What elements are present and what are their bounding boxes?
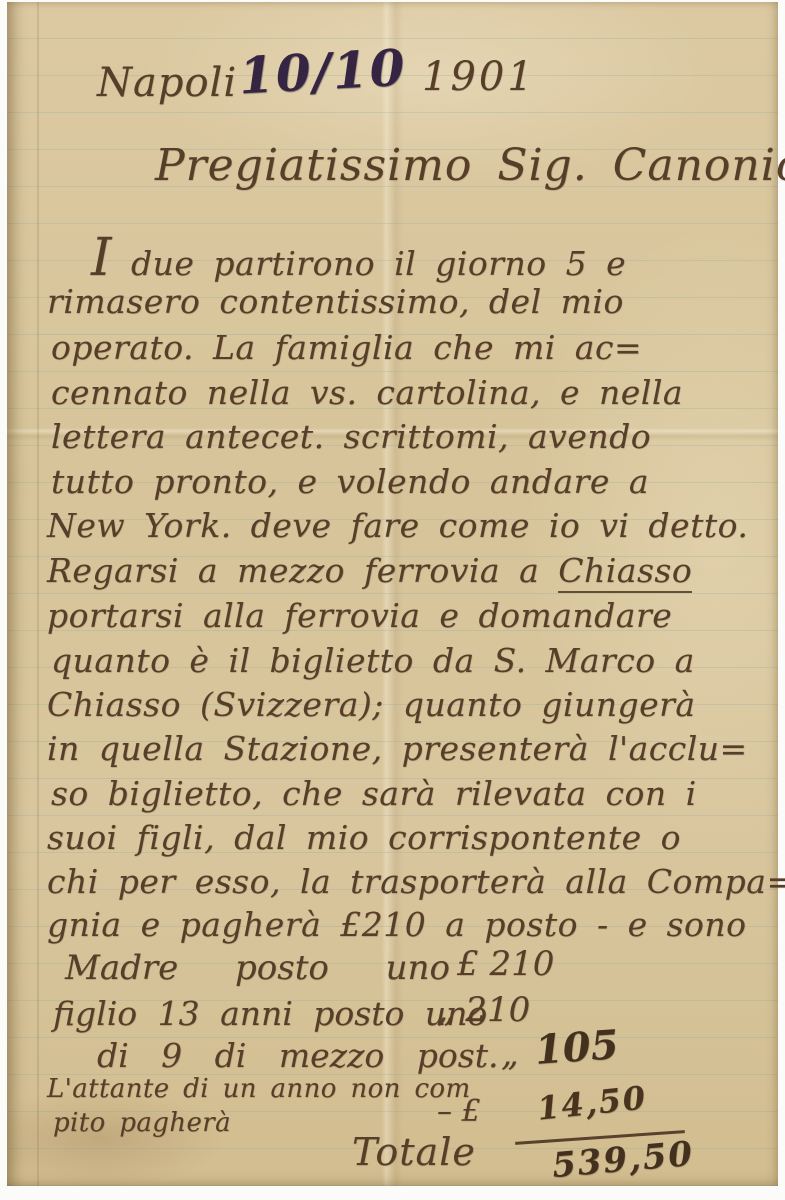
letter-paper: Napoli 10/10 1901 Pregiatissimo Sig. Can… bbox=[7, 2, 778, 1186]
body-line: tutto pronto, e volendo andare a bbox=[51, 462, 649, 501]
body-line: operato. La famiglia che mi ac= bbox=[51, 328, 642, 367]
body-line: gnia e pagherà £210 a posto - e sono bbox=[47, 905, 747, 944]
body-line-chiasso: Regarsi a mezzo ferrovia a Chiasso bbox=[47, 551, 692, 590]
body-line: lettera antecet. scrittomi, avendo bbox=[51, 417, 651, 456]
account-row-lattante-currency: – £ bbox=[437, 1094, 481, 1129]
dateline-date-overwritten: 10/10 bbox=[238, 38, 408, 106]
account-row-figlio9-label: di 9 di mezzo post. bbox=[97, 1036, 498, 1075]
body-line-chiasso-underlined: Chiasso bbox=[558, 551, 692, 593]
paper-fold-edge bbox=[37, 2, 39, 1186]
body-line: rimasero contentissimo, del mio bbox=[47, 282, 624, 321]
dateline-year: 1901 bbox=[422, 54, 536, 100]
account-row-figlio13-label: figlio 13 anni posto uno bbox=[53, 994, 487, 1033]
scanned-letter-page: Napoli 10/10 1901 Pregiatissimo Sig. Can… bbox=[0, 0, 785, 1200]
body-line: quanto è il biglietto da S. Marco a bbox=[51, 641, 695, 680]
account-row-madre-amount: £ 210 bbox=[457, 944, 554, 984]
total-amount: 539,50 bbox=[551, 1134, 696, 1186]
dateline-place: Napoli bbox=[97, 60, 237, 106]
body-line: in quella Stazione, presenterà l'acclu= bbox=[47, 729, 748, 768]
body-line-chiasso-pre: Regarsi a mezzo ferrovia a bbox=[47, 551, 558, 590]
account-row-lattante-line1: L'attante di un anno non com bbox=[47, 1074, 471, 1104]
account-row-figlio9-amount: 105 bbox=[533, 1021, 620, 1074]
body-line: suoi figli, dal mio corrispontente o bbox=[47, 818, 681, 857]
body-line: I due partirono il giorno 5 e bbox=[91, 228, 626, 288]
body-line: chi per esso, la trasporterà alla Compa= bbox=[47, 862, 785, 901]
body-line: portarsi alla ferrovia e domandare bbox=[47, 596, 672, 635]
body-line: New York. deve fare come io vi detto. bbox=[47, 506, 748, 545]
salutation: Pregiatissimo Sig. Canonico bbox=[155, 140, 785, 191]
body-line: so biglietto, che sarà rilevata con i bbox=[51, 774, 697, 813]
account-row-figlio9-ditto: „ bbox=[501, 1034, 519, 1074]
body-line: Chiasso (Svizzera); quanto giungerà bbox=[47, 685, 696, 724]
account-row-lattante-line2: pito pagherà bbox=[53, 1108, 231, 1138]
total-label: Totale bbox=[352, 1130, 476, 1174]
account-row-lattante-amount: 14,50 bbox=[535, 1078, 649, 1127]
account-row-figlio13-amount: „ 210 bbox=[437, 990, 530, 1030]
account-row-madre-label: Madre posto uno bbox=[65, 948, 450, 988]
body-line: cennato nella vs. cartolina, e nella bbox=[51, 373, 683, 412]
